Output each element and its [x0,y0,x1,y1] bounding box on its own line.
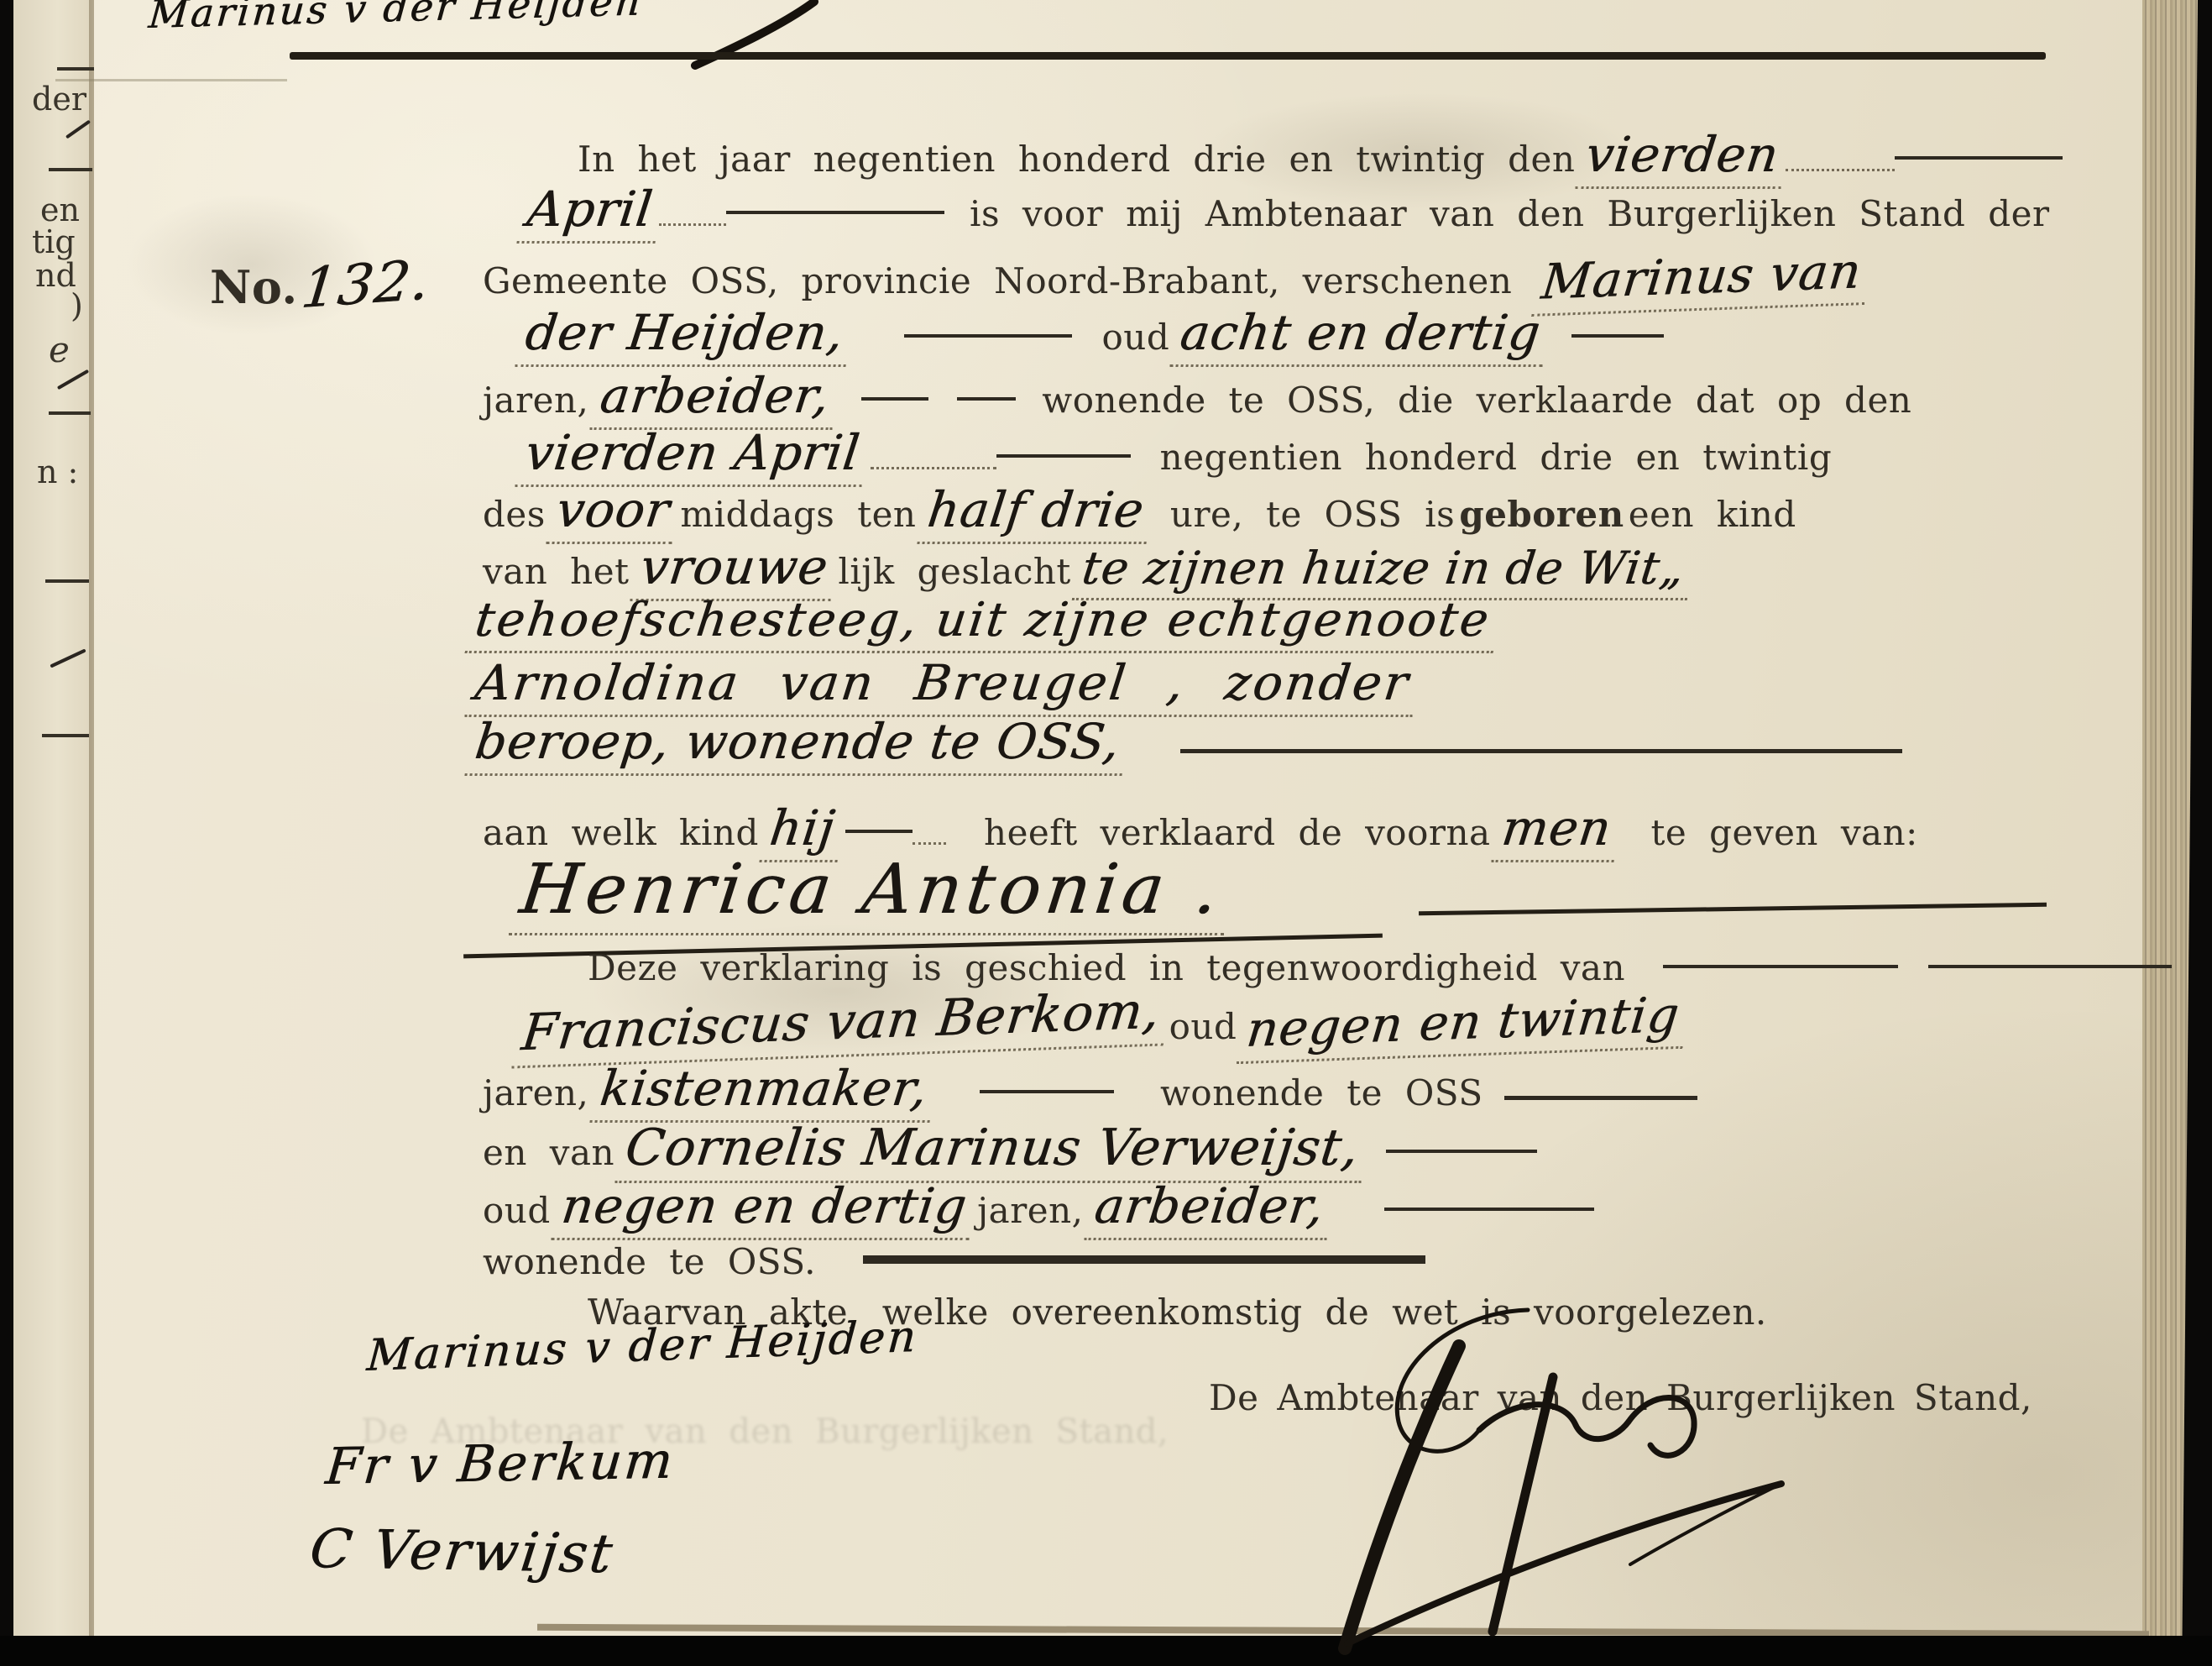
printed-text: Gemeente OSS, provincie Noord-Brabant, v… [483,260,1512,301]
signature-stroke [688,0,831,71]
handwritten-daypart: voor [546,481,680,544]
printed-text: wonende te OSS [1160,1072,1483,1113]
official-signature [1200,1297,1805,1650]
printed-text: een kind [1629,494,1796,535]
handwritten-age: acht en dertig [1170,304,1551,367]
handwritten-witness1-occupation: kistenmaker, [589,1060,938,1123]
printed-text: jaren, [483,1072,588,1113]
margin-text-fragment: tig [32,223,76,260]
handwritten-mother-residence: beroep, wonende te OSS, [464,713,1130,776]
margin-rule-fragment [42,734,89,737]
printed-text: negentien honderd drie en twintig [1160,437,1833,478]
handwritten-hour: half drie [917,481,1153,544]
handwritten-witness2-age: negen en dertig [551,1177,976,1240]
margin-text-fragment: ) [71,287,83,324]
body-line-18: oud negen en dertig jaren, arbeider, [483,1177,1594,1249]
printed-text: oud [1101,317,1169,358]
handwritten-witness1-name: Franciscus van Berkom, [511,982,1169,1069]
printed-text: des [483,494,546,535]
printed-text: In het jaar negentien honderd drie en tw… [578,139,1575,180]
handwritten-witness1-age: negen en twintig [1237,986,1689,1064]
page-edge-stack [2142,0,2198,1639]
handwritten-names-suffix: men [1491,799,1621,862]
handwritten-mother-name: Arnoldina van Breugel , zonder [464,654,1420,717]
body-line-4: der Heijden, oud acht en dertig [519,304,1664,376]
printed-text: middags ten [680,494,916,535]
witness1-signature: Fr v Berkum [323,1432,677,1496]
printed-text: heeft verklaard de voorna [984,812,1491,853]
handwritten-declarant-name: der Heijden, [515,304,854,367]
margin-rule-fragment [45,579,89,583]
margin-text-fragment: der [32,81,86,118]
paper-crease [55,79,287,81]
body-line-2: April is voor mij Ambtenaar van den Burg… [520,181,2050,253]
book-bottom-shadow [0,1636,2212,1666]
printed-text: jaren, [977,1190,1083,1231]
handwritten-gender: vrouwe [630,538,838,601]
act-number-label: No. [210,260,298,314]
printed-text: jaren, [483,380,588,421]
printed-text: ure, te OSS is [1170,494,1455,535]
margin-rule-fragment [57,67,94,71]
handwritten-birthplace: tehoefschesteeg, uit zijne echtgenoote [465,593,1501,653]
printed-text: en van [483,1132,614,1173]
body-line-11: beroep, wonende te OSS, [468,713,1902,785]
body-line-15: Franciscus van Berkom, oud negen en twin… [516,993,1685,1065]
printed-text: Deze verklaring is geschied in tegenwoor… [588,947,1625,988]
printed-text: oud [1169,1006,1237,1047]
printed-text-bold: geboren [1459,494,1624,535]
child-name-line: Henrica Antonia . [514,850,1229,922]
act-number-value: 132. [298,248,433,321]
witness2-signature: C Verwijst [306,1518,618,1585]
child-name: Henrica Antonia . [509,850,1234,935]
margin-rule-fragment [49,168,92,171]
handwritten-month: April [516,181,662,244]
birth-record-scan: De Ambtenaar van den Burgerlijken Stand,… [0,0,2212,1666]
margin-rule-fragment [49,411,91,415]
header-rule [290,52,2046,60]
printed-text: oud [483,1190,551,1231]
printed-text: van het [483,551,629,592]
printed-text: is voor mij Ambtenaar van den Burgerlijk… [970,193,2050,234]
handwritten-birthdate: vierden April [515,424,870,487]
printed-text: wonende te OSS. [483,1241,816,1282]
printed-text: aan welk kind [483,812,759,853]
handwritten-witness2-occupation: arbeider, [1084,1177,1334,1240]
printed-text: wonende te OSS, die verklaarde dat op de… [1042,380,1911,421]
printed-text: te geven van: [1651,812,1918,853]
handwritten-day: vierden [1576,126,1789,189]
handwritten-birthplace: te zijnen huize in de Wit„ [1072,542,1694,600]
printed-text: lijk geslacht [838,551,1070,592]
handwritten-witness2-name: Cornelis Marinus Verweijst, [614,1119,1368,1183]
handwritten-occupation: arbeider, [589,367,839,430]
margin-text-fragment: n : [37,453,78,490]
margin-text-fragment: e [49,329,70,370]
